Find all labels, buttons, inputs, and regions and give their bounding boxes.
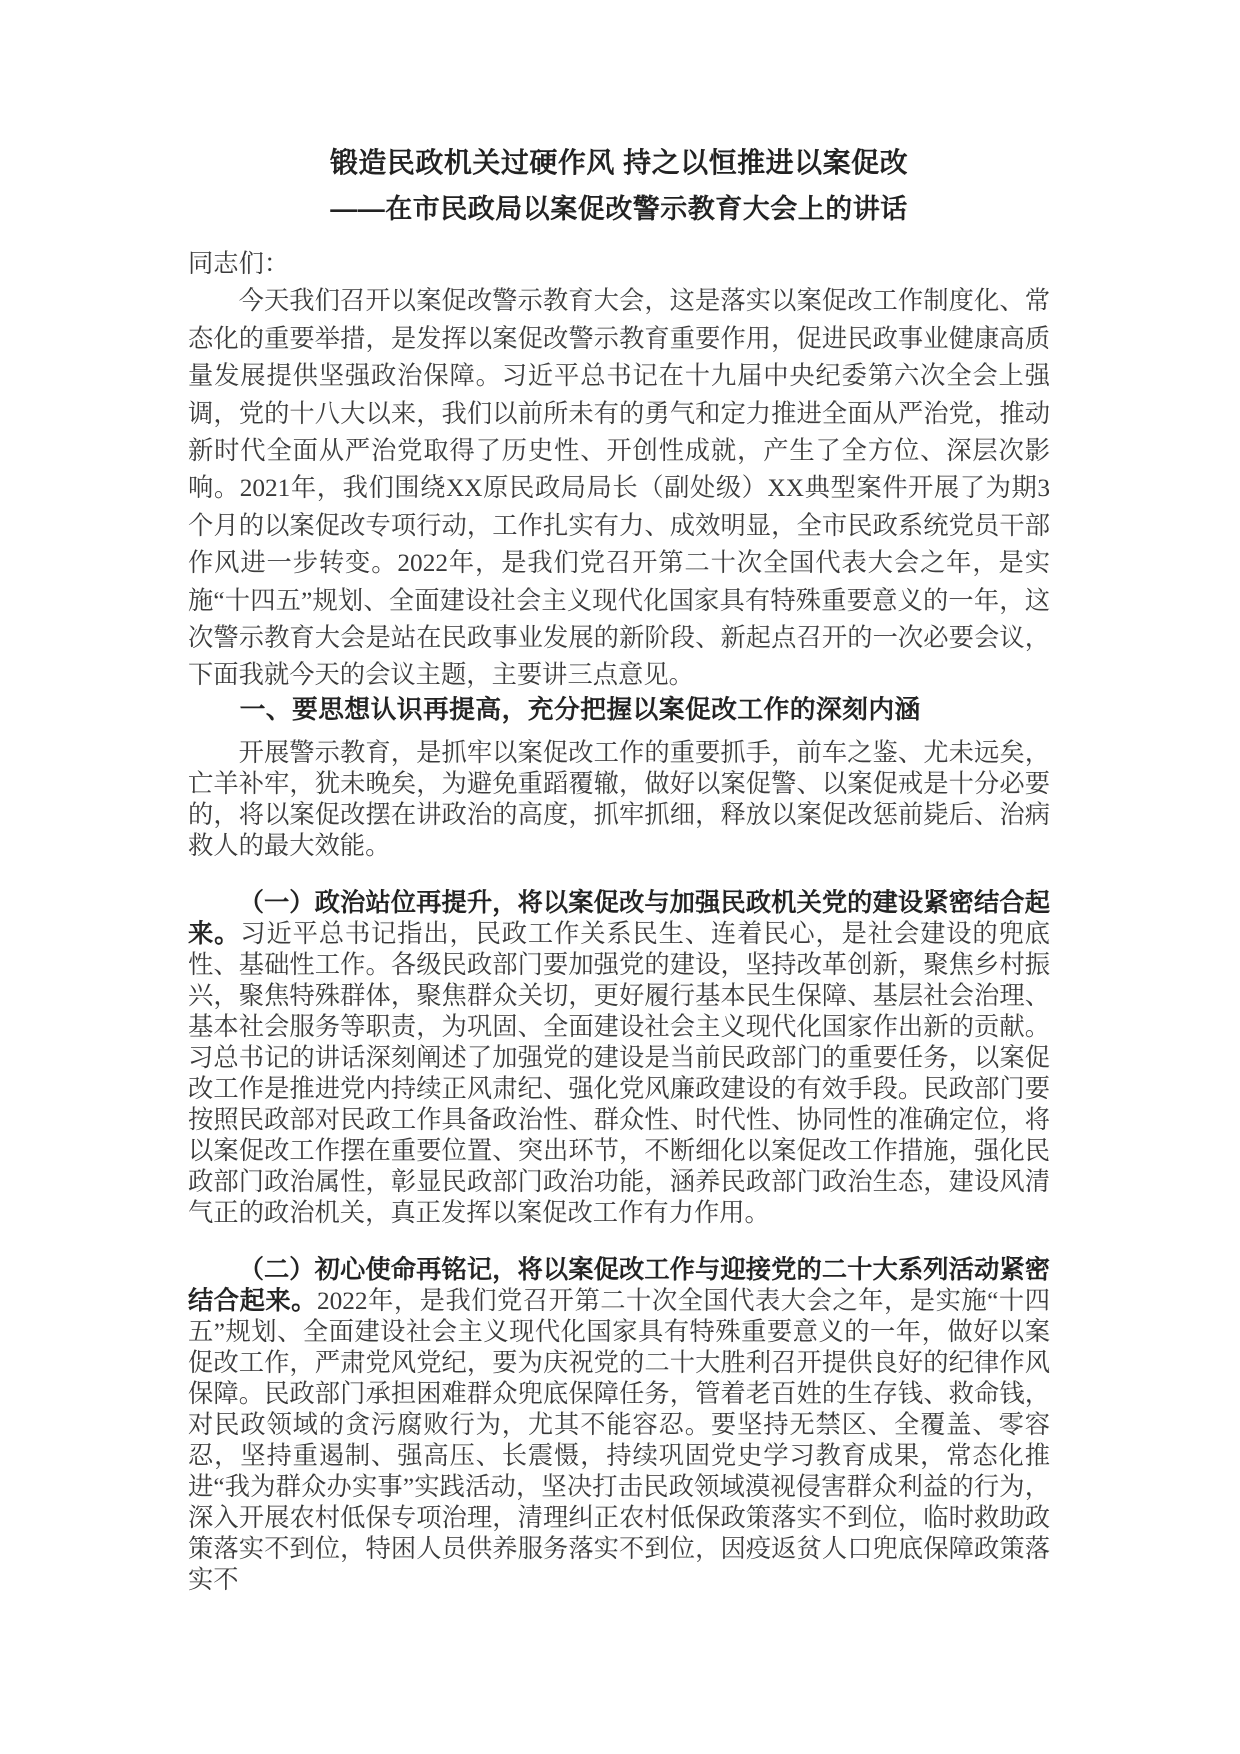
document-page: 锻造民政机关过硬作风 持之以恒推进以案促改 ——在市民政局以案促改警示教育大会上… — [0, 0, 1240, 1754]
paragraph-sub1: （一）政治站位再提升，将以案促改与加强民政机关党的建设紧密结合起来。习近平总书记… — [188, 888, 1050, 1229]
paragraph-sub2: （二）初心使命再铭记，将以案促改工作与迎接党的二十大系列活动紧密结合起来。202… — [188, 1255, 1050, 1596]
sub1-body-text: 习近平总书记指出，民政工作关系民生、连着民心，是社会建设的兜底性、基础性工作。各… — [188, 920, 1050, 1227]
document-title: 锻造民政机关过硬作风 持之以恒推进以案促改 — [188, 140, 1050, 186]
document-subtitle: ——在市民政局以案促改警示教育大会上的讲话 — [188, 186, 1050, 232]
sub2-body-text: 2022年，是我们党召开第二十次全国代表大会之年，是实施“十四五”规划、全面建设… — [188, 1287, 1050, 1594]
section-1-heading: 一、要思想认识再提高，充分把握以案促改工作的深刻内涵 — [188, 695, 1050, 726]
paragraph-warning-education: 开展警示教育，是抓牢以案促改工作的重要抓手，前车之鉴、尤未远矣，亡羊补牢，犹未晚… — [188, 738, 1050, 862]
salutation: 同志们： — [188, 246, 1050, 283]
paragraph-intro: 今天我们召开以案促改警示教育大会，这是落实以案促改工作制度化、常态化的重要举措，… — [188, 283, 1050, 694]
